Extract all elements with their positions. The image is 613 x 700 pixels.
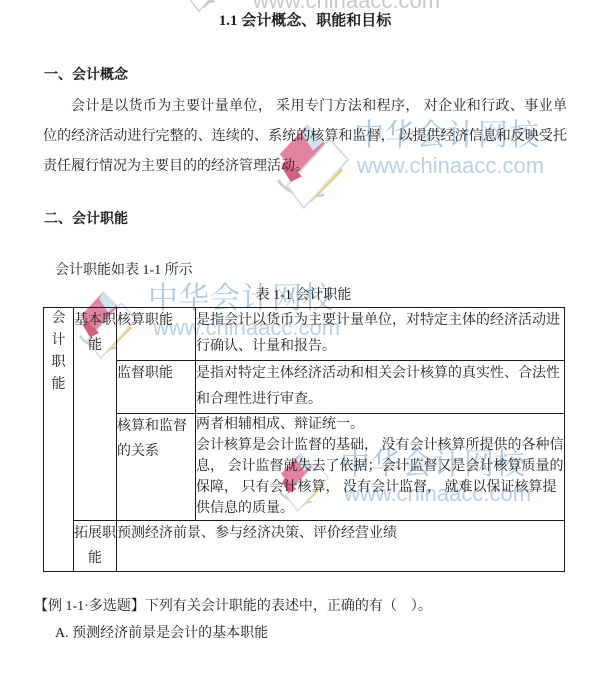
- table-row: 拓展职能 预测经济前景、参与经济决策、评价经营业绩: [44, 521, 565, 572]
- table-caption: 表 1-1 会计职能: [43, 284, 564, 304]
- example-option-a: A. 预测经济前景是会计的基本职能: [55, 622, 268, 642]
- row-header-label: 会计职能: [51, 308, 67, 396]
- example-question: 【例 1-1·多选题】下列有关会计职能的表述中，正确的有（ ）。: [34, 595, 432, 615]
- expand-group-cell: 拓展职能: [74, 521, 117, 572]
- function-desc-cell: 两者相辅相成、辩证统一。 会计核算是会计监督的基础， 没有会计核算所提供的各种信…: [196, 414, 565, 521]
- table-row: 会计职能 基本职能 核算职能 是指会计以货币为主要计量单位，对特定主体的经济活动…: [44, 308, 565, 361]
- function-desc-cell: 是指会计以货币为主要计量单位，对特定主体的经济活动进行确认、计量和报告。: [196, 308, 565, 361]
- table-row: 核算和监督的关系 两者相辅相成、辩证统一。 会计核算是会计监督的基础， 没有会计…: [44, 414, 565, 521]
- concept-paragraph: 会计是以货币为主要计量单位， 采用专门方法和程序， 对企业和行政、事业单位的经济…: [43, 92, 567, 182]
- section-heading-functions: 二、会计职能: [44, 208, 128, 228]
- function-name-cell: 核算和监督的关系: [117, 414, 196, 521]
- function-name-cell: 核算职能: [117, 308, 196, 361]
- expand-desc-cell: 预测经济前景、参与经济决策、评价经营业绩: [117, 521, 565, 572]
- accounting-functions-table: 会计职能 基本职能 核算职能 是指会计以货币为主要计量单位，对特定主体的经济活动…: [43, 307, 565, 572]
- relation-desc-line2: 会计核算是会计监督的基础， 没有会计核算所提供的各种信息， 会计监督就失去了依据…: [196, 435, 564, 519]
- row-header-cell: 会计职能: [44, 308, 74, 572]
- basic-group-cell: 基本职能: [74, 308, 117, 521]
- table-intro-text: 会计职能如表 1-1 所示: [55, 259, 193, 279]
- section-heading-concept: 一、会计概念: [44, 64, 128, 84]
- document-page: www.chinaacc.com 中华会计网校 www.chinaacc.com…: [0, 0, 613, 700]
- table-row: 监督职能 是指对特定主体经济活动和相关会计核算的真实性、合法性和合理性进行审查。: [44, 361, 565, 414]
- function-name-cell: 监督职能: [117, 361, 196, 414]
- page-title: 1.1 会计概念、职能和目标: [43, 9, 567, 30]
- function-desc-cell: 是指对特定主体经济活动和相关会计核算的真实性、合法性和合理性进行审查。: [196, 361, 565, 414]
- relation-desc-line1: 两者相辅相成、辩证统一。: [196, 414, 564, 435]
